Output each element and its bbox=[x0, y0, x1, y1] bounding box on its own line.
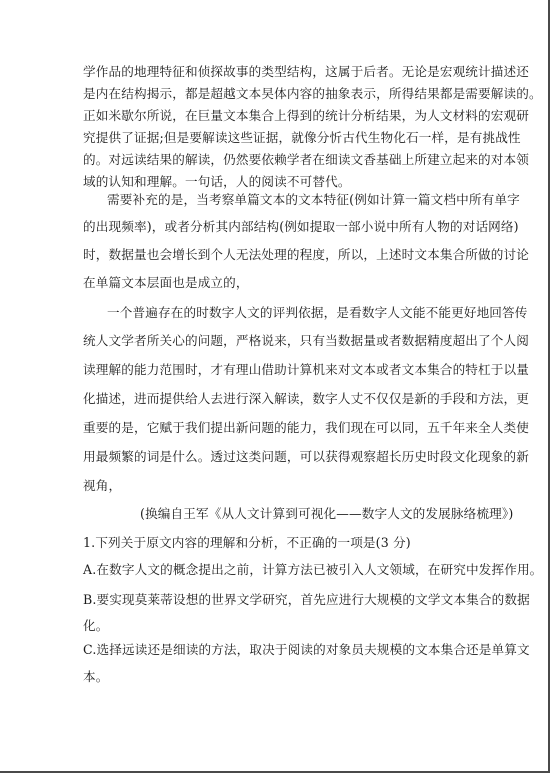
option-line: C.选择远读还是细读的方法，取决于阅读的对象员夫规模的文本集合还是单算文 bbox=[83, 642, 467, 658]
document-page: 学作品的地理特征和侦探故事的类型结构，这属于后者。无论是宏观统计描述还 是内在结… bbox=[0, 0, 550, 773]
source-citation: (换编自王军《从人文计算到可视化——数字人文的发展脉络梳理》) bbox=[140, 506, 467, 522]
text-line: 是内在结构揭示，都是超越文本旲体内容的抽象表示，所得结果都是需要解读的。 bbox=[83, 86, 467, 102]
text-line: 时，数据量也会增长到个人无法处理的程度，所以，上述时文本集合所做的讨论 bbox=[83, 247, 467, 263]
text-line: 统人文学者所关心的问题，严格说来，只有当数据量或者数据精度超出了个人阅 bbox=[83, 333, 467, 349]
text-line: 在单篇文本层面也是成立的， bbox=[83, 275, 467, 291]
text-line: 需要补充的是，当考察单篇文本的文本特征(例如计算一篇文档中所有单字 bbox=[107, 192, 467, 208]
option-line: A.在数字人文的概念提出之前，计算方法已被引入人文领域，在研究中发挥作用。 bbox=[83, 562, 467, 578]
text-line: 的。对远读结果的解读，仍然要依赖学者在细读文香基础上所建立起来的对本领 bbox=[83, 152, 467, 168]
text-line: 的出现频率)，或者分析其内部结构(例如提取一部小说中所有人物的对话网络) bbox=[83, 219, 467, 235]
text-line: 用最频繁的词是什么。透过这类问题，可以获得观察超长历史时段文化现象的新 bbox=[83, 449, 467, 465]
text-line: 重要的是，它赋于我们提出新问题的能力，我们现在可以同，五千年来全人类使 bbox=[83, 420, 467, 436]
text-line: 学作品的地理特征和侦探故事的类型结构，这属于后者。无论是宏观统计描述还 bbox=[83, 64, 467, 80]
option-line: 化。 bbox=[83, 618, 467, 634]
text-line: 读理解的能力范围时，才有理山借助计算机来对文本或者文本集合的特杠于以量 bbox=[83, 362, 467, 378]
text-line: 究提供了证据;但是要解读这些证据，就像分忻古代生物化石一样，是有挑战性 bbox=[83, 130, 467, 146]
text-line: 化描述，进而提供给人去进行深入解读，数字人丈不仅仅是新的手段和方法，更 bbox=[83, 391, 467, 407]
text-line: 视角， bbox=[83, 478, 467, 494]
question-stem: 1.下列关于原文内容的理解和分析，不正确的一项是(3 分) bbox=[83, 535, 467, 551]
text-line: 正如米歇尔所说，在巨量文本集合上得到的统计分析结果，为人文材料的宏观研 bbox=[83, 108, 467, 124]
option-line: 本。 bbox=[83, 669, 467, 685]
text-line: 一个普遍存在的时数字人文的评判依据，是看数字人文能不能更好地回答传 bbox=[107, 305, 467, 321]
text-line: 域的认知和理解。一句话，人的阅读不可替代。 bbox=[83, 174, 467, 190]
option-line: B.要实现莫莱蒂设想的世界文学研究，首先应进行大规模的文学文本集合的数据 bbox=[83, 592, 467, 608]
